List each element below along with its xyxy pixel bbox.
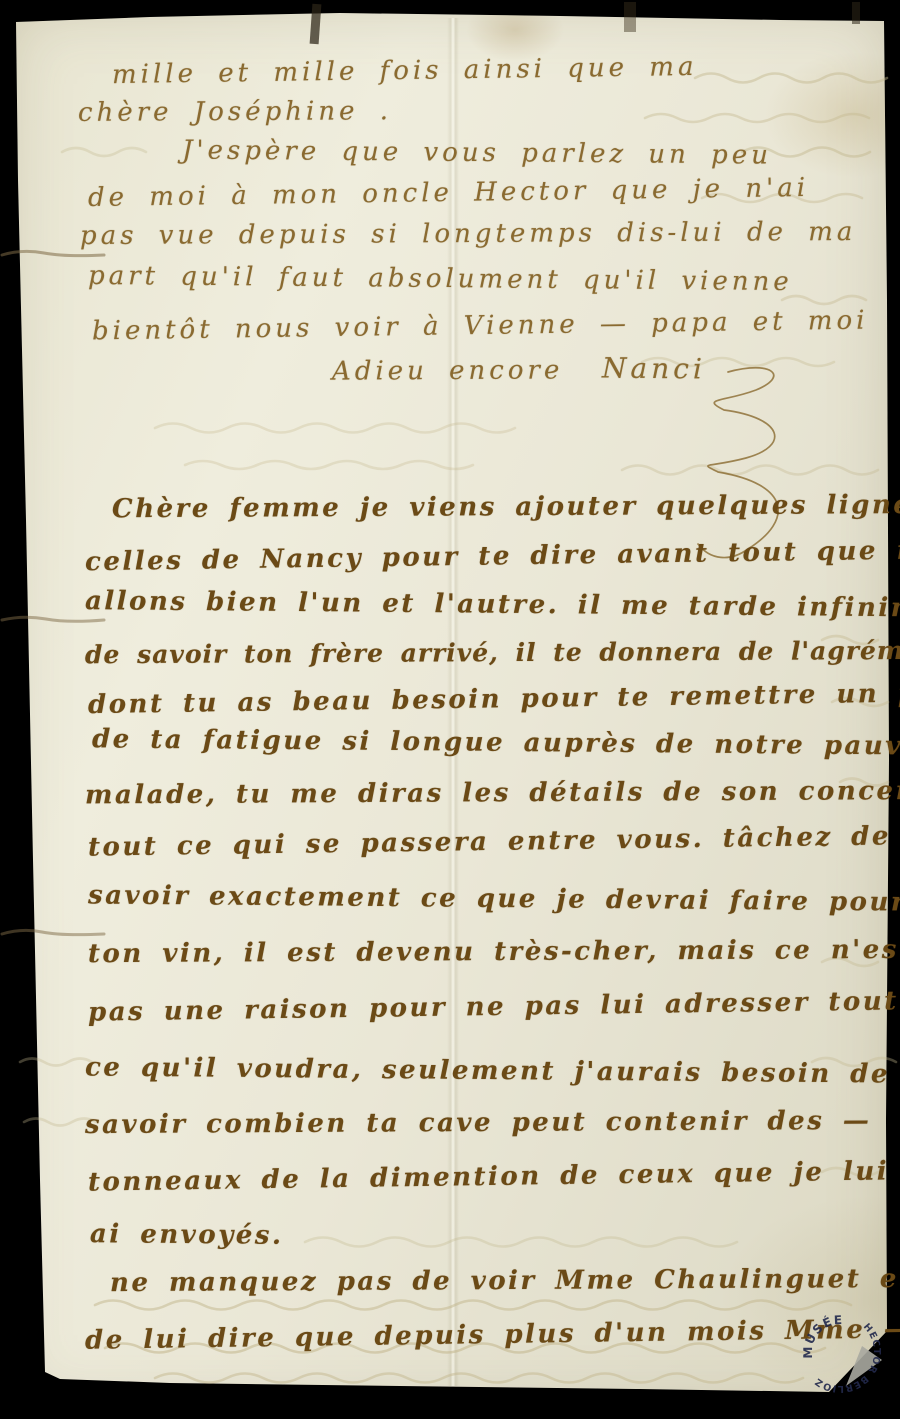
svg-text:MUSÉE: MUSÉE (790, 1302, 850, 1365)
stamp-text-top: MUSÉE (790, 1302, 850, 1365)
scanned-letter-view: mille et mille fois ainsi que ma chère J… (0, 0, 900, 1419)
museum-stamp: MUSÉE HECTOR BERLIOZ (783, 1294, 900, 1411)
stamp-layer: MUSÉE HECTOR BERLIOZ (0, 0, 900, 1419)
